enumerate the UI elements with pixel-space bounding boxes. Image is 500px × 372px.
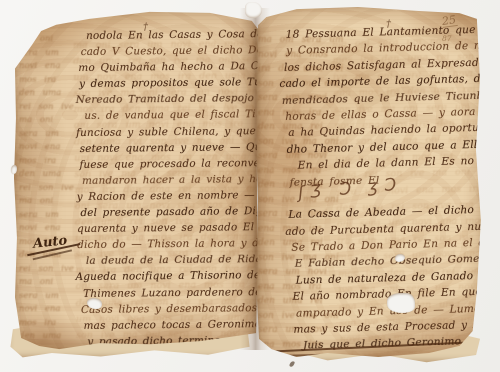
manuscript-line: nodola En las Casas y Cosa de la, delat [75,28,265,46]
manuscript-line: la deuda de la Ciudad de Rida, que d [80,253,267,271]
left-page-text: nodola En las Casas y Cosa de la, delat … [75,28,268,352]
manuscript-line: us. de vandua que el fiscal Tinencia pla [79,108,266,126]
manuscript-line: del presente pasado año de Diguntena y [75,205,267,223]
margin-note-auto: Auto [32,233,68,251]
manuscript-line: Thimenes Luzano pardenero de quinse [78,285,268,303]
manuscript-line: mo Quimbaña ha hecho a Da Charit [78,60,265,78]
manuscript-line: y demas propositos que sole Tuvieron [74,76,266,94]
manuscript-line: Nereado Tramitado del despojo por una [76,92,266,110]
ink-bleedthrough: ma oni sera um novi ena mos ira den uma … [19,33,75,343]
manuscript-line: mas pacheco tocas a Geronimo Quimbra [78,318,268,336]
manuscript-page-right: ma oni sera um novi ena mos ira den uma … [252,3,486,365]
manuscript-line: quarenta y nueve se pasado El auco que [77,221,267,239]
dust-speck [289,360,295,367]
manuscript-line: Casos libres y desembarasados las Te [81,302,268,320]
manuscript-line: funciosa y suble Chilena, y que de mil [76,125,266,143]
paper-hole [387,293,415,313]
manuscript-line: Agueda nocifique a Thisorino de Abela [76,269,268,287]
manuscript-page-left: ma oni sera um novi ena mos ira den uma … [13,7,260,355]
photograph-manuscript-spread: ma oni sera um novi ena mos ira den uma … [0,0,500,372]
paper-hole [87,298,102,309]
paper-tear-notch [245,2,262,18]
manuscript-line: mandaron hacer a la vista y hos tomo [77,173,267,191]
manuscript-line: dicho do — Thisson la hora y deposito, p… [77,237,267,255]
manuscript-line: fuese que procesado la reconvencion y th [79,157,266,175]
